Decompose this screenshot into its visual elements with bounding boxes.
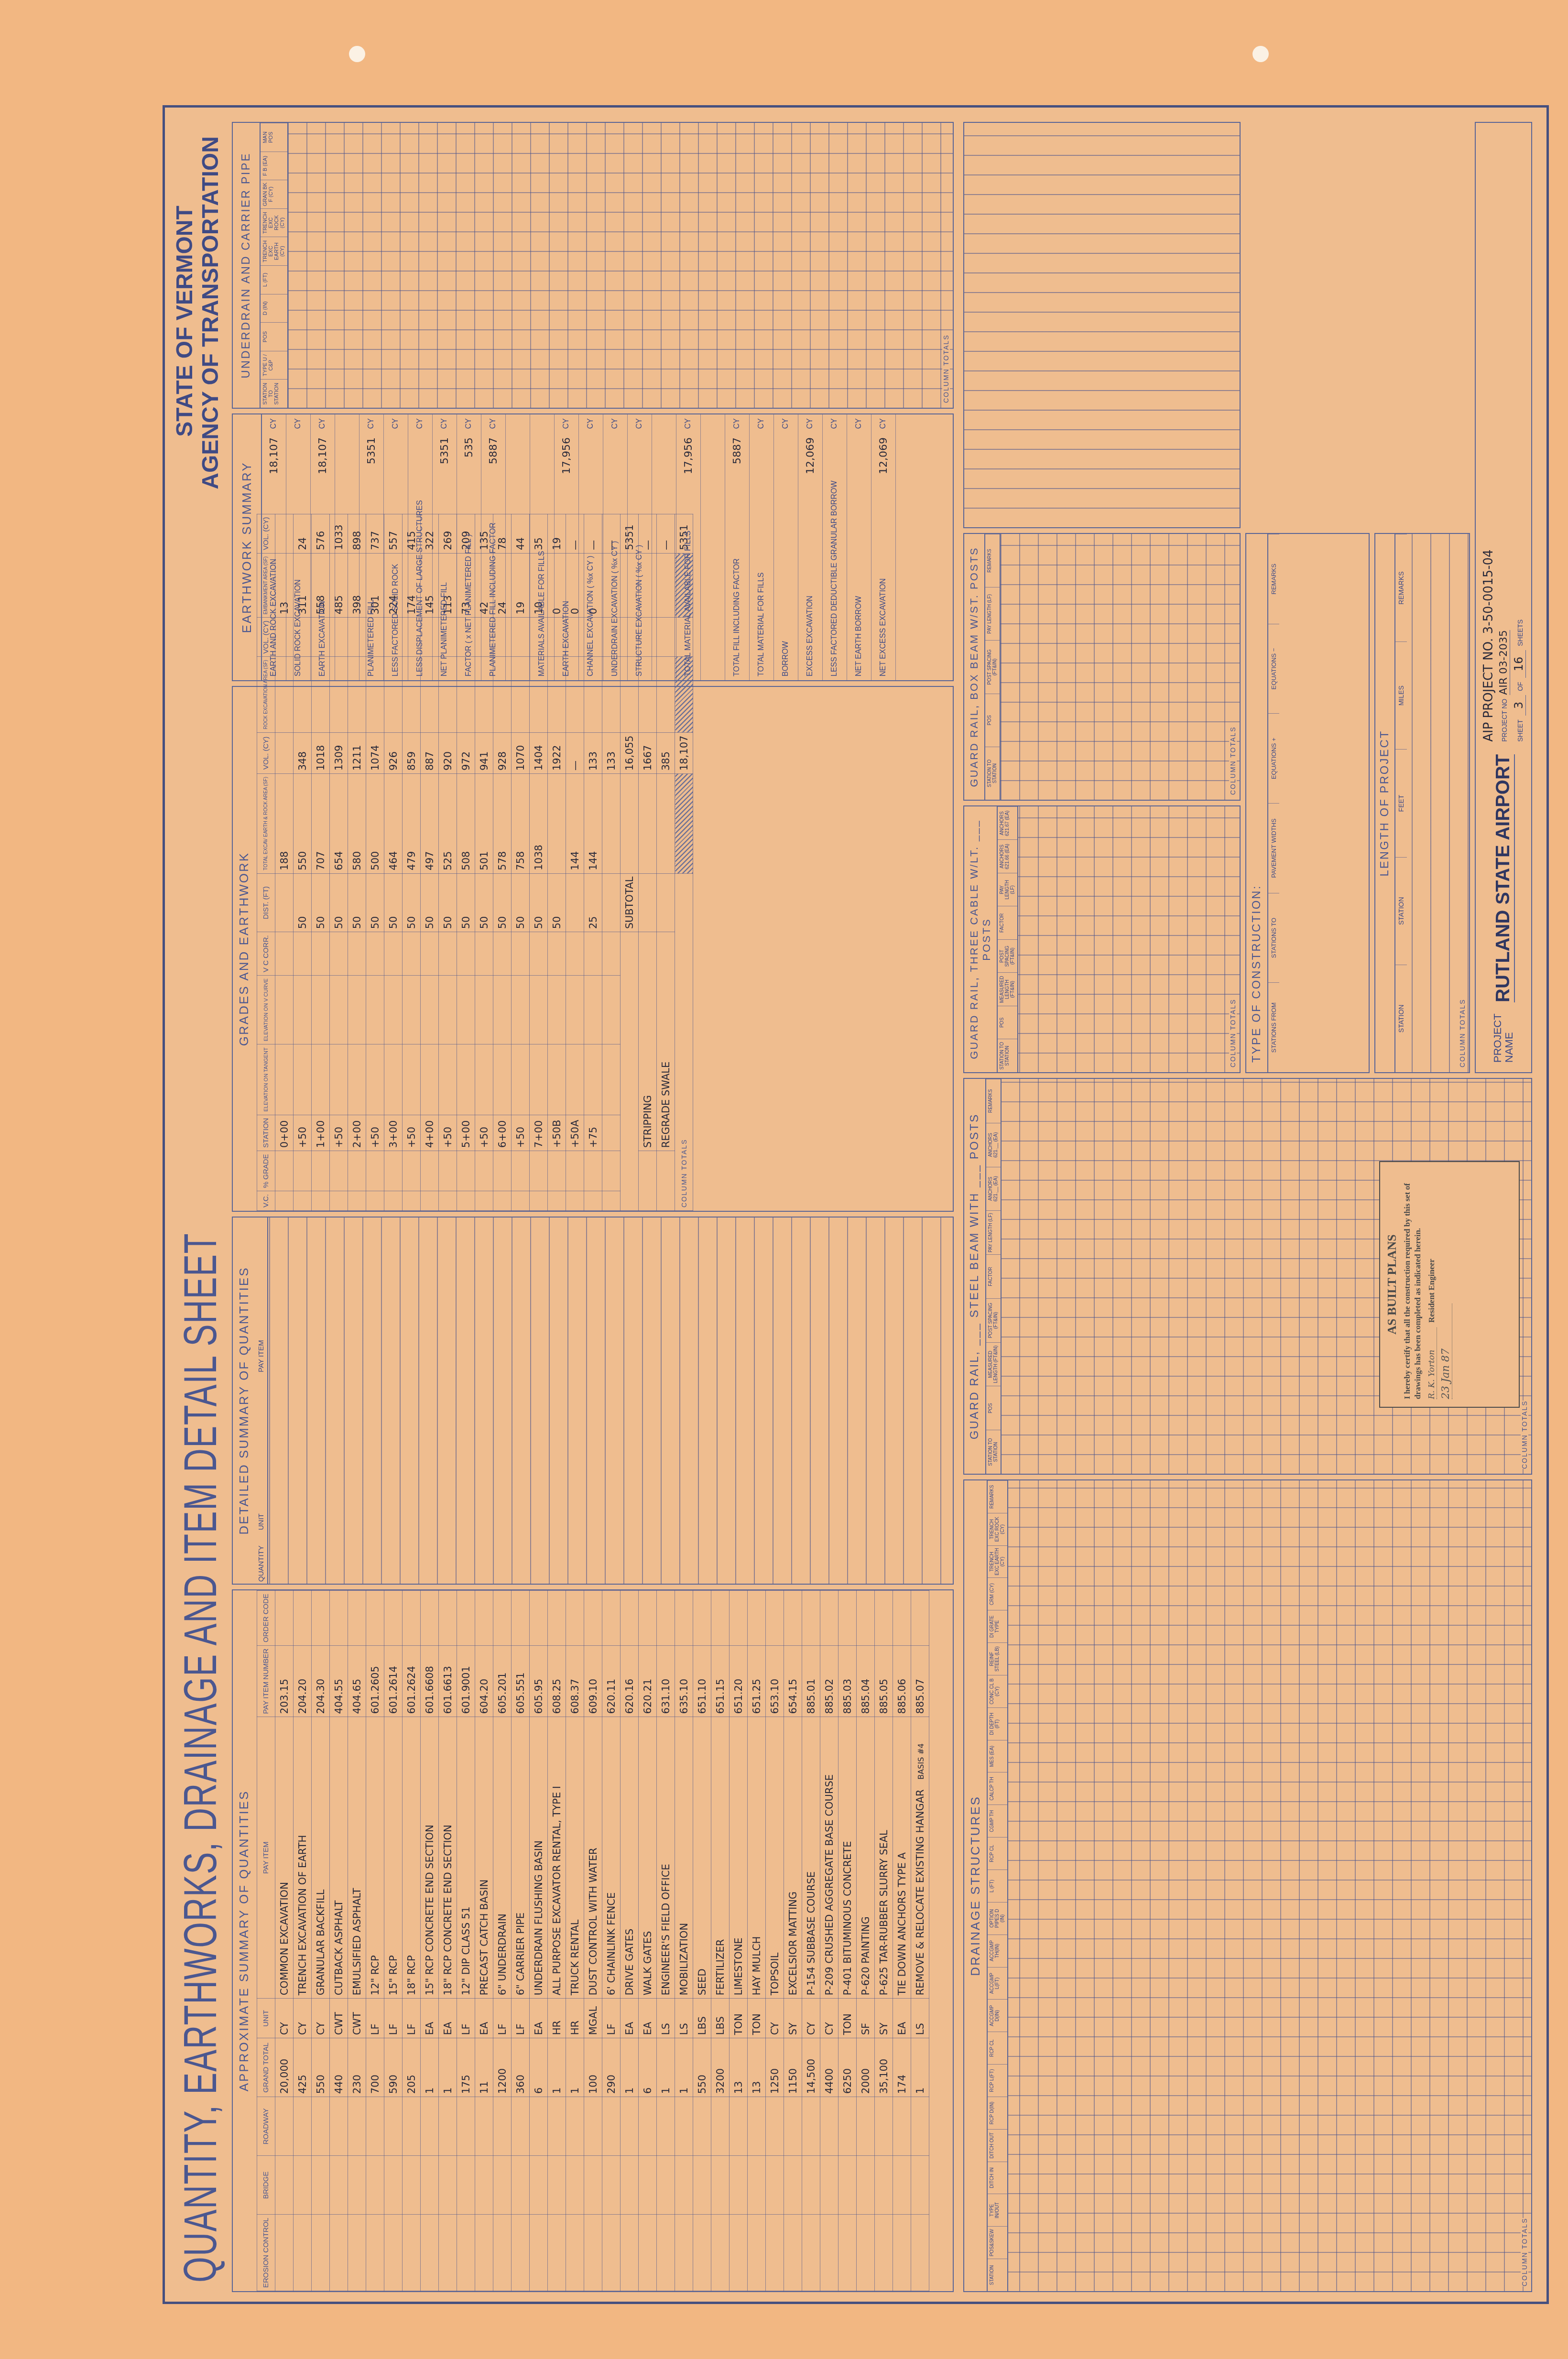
approx-item-row: 1150SYEXCELSIOR MATTING654.15 [784, 1591, 802, 2291]
project-name-label: PROJECT NAME [1492, 1015, 1515, 1063]
excav-vol: 1018 [312, 732, 330, 773]
line-value: 5351 [439, 437, 451, 464]
grand-total: 3200 [711, 2038, 730, 2097]
approx-item-row: 3200LBSFERTILIZER651.15 [711, 1591, 730, 2291]
station: +50 [330, 1115, 348, 1151]
detailed-summary-title: DETAILED SUMMARY OF QUANTITIES [233, 1218, 255, 1584]
line-value: 5887 [731, 437, 743, 464]
column-header: EQUATIONS + [1268, 713, 1279, 803]
excav-vol: 928 [493, 732, 512, 773]
col-vc-corr: V C CORR. [257, 932, 275, 976]
of-label: OF [1516, 682, 1524, 691]
grand-total: 1200 [493, 2038, 512, 2097]
unit: SF [857, 1999, 875, 2038]
unit: TON [748, 1999, 766, 2038]
guard-rail-cable-title: GUARD RAIL, THREE CABLE W/LT. ___ POSTS [964, 806, 997, 1072]
column-header: CRM (CY) [988, 1577, 1007, 1610]
approx-item-row: 35,100SYP-625 TAR-RUBBER SLURRY SEAL885.… [875, 1591, 893, 2291]
unit: EA [475, 1999, 493, 2038]
column-header: ACCGMP D(IN) [988, 1999, 1007, 2032]
column-header: FACTOR [986, 1254, 1001, 1298]
excav-vol: 972 [457, 732, 475, 773]
unit: LF [493, 1999, 512, 2038]
pay-item-number: 203.15 [275, 1645, 294, 1717]
column-header: FEET [1395, 749, 1407, 857]
distance: 50 [366, 873, 384, 932]
pay-item: COMMON EXCAVATION [275, 1717, 294, 1999]
excav-area: 758 [512, 774, 530, 874]
pay-item-number: 885.02 [820, 1645, 838, 1717]
grand-total: 100 [584, 2038, 602, 2097]
approx-item-row: 14,500CYP-154 SUBBASE COURSE885.01 [802, 1591, 820, 2291]
unit: LF [457, 1999, 475, 2038]
pay-item-number: 885.03 [838, 1645, 857, 1717]
unit: EA [439, 1999, 457, 2038]
pay-item: REMOVE & RELOCATE EXISTING HANGAR BASIS … [911, 1717, 929, 1999]
col-grand-total: GRAND TOTAL [257, 2038, 275, 2097]
earthwork-summary-line [335, 414, 359, 680]
column-header: TRENCH EXC EARTH (CY) [261, 237, 287, 265]
excav-vol: 887 [421, 732, 439, 773]
pay-item-number: 635.10 [675, 1645, 693, 1717]
distance: 50 [384, 873, 403, 932]
subtotal-label: SUBTOTAL [621, 873, 639, 932]
column-header: PAY LENGTH (LF) [998, 873, 1017, 906]
distance [602, 873, 621, 932]
total-excavation: 18,107 [675, 732, 693, 773]
line-label: TOTAL MATERIAL FOR FILLS [757, 437, 766, 676]
distance: 50 [439, 873, 457, 932]
pay-item-number: 609.10 [584, 1645, 602, 1717]
distance: 50 [475, 873, 493, 932]
unit: EA [530, 1999, 548, 2038]
column-header: EQUATIONS − [1268, 624, 1279, 714]
detailed-summary-header: QUANTITY UNIT PAY ITEM [255, 1218, 268, 1584]
sheets-label: SHEETS [1516, 620, 1524, 646]
column-header: STATION [1395, 857, 1407, 965]
column-header: L (FT) [988, 1870, 1007, 1902]
excav-area: 508 [457, 774, 475, 874]
earthwork-summary-line: CHANNEL EXCAVATION ( %x CY )CY [579, 414, 603, 680]
grand-total: 4400 [820, 2038, 838, 2097]
excav-vol: 1070 [512, 732, 530, 773]
as-built-title: AS BUILT PLANS [1385, 1170, 1399, 1399]
excav-vol: — [566, 732, 584, 773]
excav-area: 500 [366, 774, 384, 874]
station [602, 1115, 621, 1151]
guard-rail-box-header: STATION TO STATIONPOSPOST SPACING (FT&IN… [984, 534, 1001, 800]
column-header: MES (EA) [988, 1740, 1007, 1772]
distance: 50 [403, 873, 421, 932]
line-unit: CY [635, 418, 644, 437]
station: +50 [294, 1115, 312, 1151]
pay-item-number: 605.551 [512, 1645, 530, 1717]
line-unit: CY [587, 418, 595, 437]
agency-state: STATE OF VERMONT [172, 136, 198, 489]
line-unit: CY [562, 418, 571, 437]
stripping-vol: 1667 [639, 732, 657, 773]
pay-item-number: 601.2624 [403, 1645, 421, 1717]
blank-grid-area [963, 122, 1241, 528]
pay-item: MOBILIZATION [675, 1717, 693, 1999]
col-dist: DIST. (FT) [257, 873, 275, 932]
pay-item-number: 404.55 [330, 1645, 348, 1717]
unit: CY [802, 1999, 820, 2038]
excav-area: 479 [403, 774, 421, 874]
column-header: DITCH OUT [988, 2129, 1007, 2162]
pay-item: 12" DIP CLASS 51 [457, 1717, 475, 1999]
line-value: 18,107 [268, 437, 280, 474]
sheet-number: 3 [1512, 695, 1526, 716]
approx-item-row: 2000SFP-620 PAINTING885.04 [857, 1591, 875, 2291]
line-label: FACTOR ( x NET PLANIMETERED FILL ) [465, 457, 473, 676]
unit: LF [384, 1999, 403, 2038]
approx-item-row: 230CWTEMULSIFIED ASPHALT404.65 [348, 1591, 366, 2291]
earthwork-summary-line [506, 414, 530, 680]
line-value: 5887 [488, 437, 500, 464]
station: 0+00 [275, 1115, 294, 1151]
col-unit: UNIT [255, 1495, 267, 1532]
distance: 50 [457, 873, 475, 932]
column-header: PAY LENGTH (LF) [986, 1210, 1001, 1254]
excav-vol: 348 [294, 732, 312, 773]
drainage-column-totals: COLUMN TOTALS [1521, 2218, 1528, 2286]
pay-item: 15" RCP CONCRETE END SECTION [421, 1717, 439, 1999]
column-header: STATION [988, 2259, 1007, 2291]
column-totals-label: COLUMN TOTALS [675, 873, 693, 1210]
pay-item-number: 651.10 [693, 1645, 711, 1717]
pay-item: TRUCK RENTAL [566, 1717, 584, 1999]
approx-item-row: 1LSMOBILIZATION635.10 [675, 1591, 693, 2291]
station: 1+00 [312, 1115, 330, 1151]
approx-item-row: 440CWTCUTBACK ASPHALT404.55 [330, 1591, 348, 2291]
type-of-construction-section: TYPE OF CONSTRUCTION: STATIONS FROMSTATI… [1245, 533, 1370, 1073]
excav-vol: 1211 [348, 732, 366, 773]
approximate-summary-table: EROSION CONTROL BRIDGE ROADWAY GRAND TOT… [257, 1590, 929, 2291]
grand-total: 35,100 [875, 2038, 893, 2097]
unit: LS [911, 1999, 929, 2038]
grand-total: 290 [602, 2038, 621, 2097]
line-unit: CY [465, 418, 473, 437]
line-label: TOTAL MATERIAL AVAILABLE FOR FILLS [684, 474, 693, 676]
column-header: REMARKS [988, 1480, 1007, 1513]
approx-item-row: 425CYTRENCH EXCAVATION OF EARTH204.20 [294, 1591, 312, 2291]
unit: CY [275, 1999, 294, 2038]
pay-item: TIE DOWN ANCHORS TYPE A [893, 1717, 911, 1999]
earthwork-summary-line: NET EARTH BORROWCY [847, 414, 871, 680]
pay-item: EMULSIFIED ASPHALT [348, 1717, 366, 1999]
grand-total: 1 [621, 2038, 639, 2097]
grades-earthwork-title: GRADES AND EARTHWORK [233, 687, 255, 1211]
line-value: 5351 [366, 437, 378, 464]
line-label: UNDERDRAIN EXCAVATION ( %x CY ) [611, 437, 620, 676]
col-unit: UNIT [257, 1999, 275, 2038]
line-label: PLANIMETERED FILL [367, 464, 376, 676]
line-label: MATERIALS AVAILABLE FOR FILLS [538, 437, 546, 676]
column-header: ACCGMP L(FT) [988, 1967, 1007, 2000]
col-quantity: QUANTITY [255, 1532, 267, 1584]
approximate-summary-title: APPROXIMATE SUMMARY OF QUANTITIES [233, 1590, 255, 2291]
pay-item-number: 204.20 [294, 1645, 312, 1717]
underdrain-column-totals: COLUMN TOTALS [942, 335, 950, 403]
column-header: POS [998, 1006, 1017, 1039]
pay-item: WALK GATES [639, 1717, 657, 1999]
column-header: ANCHORS 621.__ (EA) [986, 1123, 1001, 1167]
line-unit: CY [367, 418, 376, 437]
column-header: L (FT) [261, 265, 287, 294]
column-header: REMARKS [1268, 534, 1279, 624]
sheet-label: SHEET [1516, 719, 1524, 742]
earthwork-summary-line: SOLID ROCK EXCAVATIONCY [286, 414, 311, 680]
distance [566, 873, 584, 932]
grand-total: 1 [548, 2038, 566, 2097]
unit: LBS [693, 1999, 711, 2038]
earthwork-summary-line [652, 414, 676, 680]
approx-item-row: 1EA18" RCP CONCRETE END SECTION601.6613 [439, 1591, 457, 2291]
line-label: STRUCTURE EXCAVATION ( %x CY ) [635, 437, 644, 676]
excav-area: 707 [312, 774, 330, 874]
project-no: AIR 03-2035 [1498, 630, 1510, 695]
col-vc: V.C. [257, 1191, 275, 1211]
pay-item: GRANULAR BACKFILL [312, 1717, 330, 1999]
unit: EA [639, 1999, 657, 2038]
column-header: MILES [1395, 641, 1407, 749]
distance: 50 [493, 873, 512, 932]
guard-rail-steel-column-totals: COLUMN TOTALS [1521, 1401, 1528, 1469]
pay-item-number: 631.10 [657, 1645, 675, 1717]
column-header: REMARKS [1395, 534, 1407, 641]
col-station: STATION [257, 1115, 275, 1151]
excav-area [602, 774, 621, 874]
station: +50A [566, 1115, 584, 1151]
pay-item: DRIVE GATES [621, 1717, 639, 1999]
length-of-project-title: LENGTH OF PROJECT [1375, 534, 1394, 1072]
pay-item: P-620 PAINTING [857, 1717, 875, 1999]
grand-total: 550 [312, 2038, 330, 2097]
earthwork-summary-line: EARTH EXCAVATION18,107CY [311, 414, 335, 680]
approx-item-row: 11EAPRECAST CATCH BASIN604.20 [475, 1591, 493, 2291]
drainage-header: STATIONPOS&SKEWTYPE IN/OUTDITCH INDITCH … [987, 1480, 1008, 2291]
col-elev-vcurve: ELEVATION ON V CURVE [257, 975, 275, 1044]
earthwork-summary-line: EARTH EXCAVATION17,956CY [555, 414, 579, 680]
approx-item-row: 6250TONP-401 BITUMINOUS CONCRETE885.03 [838, 1591, 857, 2291]
earthwork-summary-lines: EARTH AND ROCK EXCAVATION18,107CYSOLID R… [261, 414, 896, 680]
guard-rail-box-title: GUARD RAIL, BOX BEAM W/ST. POSTS [964, 534, 984, 800]
column-header: FACTOR [998, 906, 1017, 940]
line-label: EARTH AND ROCK EXCAVATION [270, 474, 278, 676]
distance: 50 [348, 873, 366, 932]
grand-total: 13 [748, 2038, 766, 2097]
as-built-date: 23 Jan 87 [1440, 1304, 1452, 1399]
earthwork-summary-line: UNDERDRAIN EXCAVATION ( %x CY )CY [603, 414, 628, 680]
approximate-summary-section: APPROXIMATE SUMMARY OF QUANTITIES EROSIO… [232, 1589, 954, 2292]
col-pay-item: PAY ITEM [257, 1717, 275, 1999]
line-unit: CY [270, 418, 278, 437]
col-excav-vol: VOL. (CY) [257, 732, 275, 773]
subtotal-vol: 16,055 [621, 732, 639, 773]
column-header: STATION TO STATION [998, 1039, 1017, 1073]
column-header: RCP L(FT) [988, 2064, 1007, 2097]
line-label: LESS DISPLACEMENT OF LARGE STRUCTURES [416, 437, 425, 676]
earthwork-summary-line: EXCESS EXCAVATION12,069CY [798, 414, 823, 680]
line-value: 17,956 [683, 437, 695, 474]
grand-total: 590 [384, 2038, 403, 2097]
line-value: 18,107 [317, 437, 329, 474]
column-header: TRENCH EXC ROCK (CY) [261, 208, 287, 237]
underdrain-header: STATION TO STATIONTYPE U / C&PPOSD (IN)L… [260, 123, 288, 408]
grand-total: 2000 [857, 2038, 875, 2097]
guard-rail-cable-section: GUARD RAIL, THREE CABLE W/LT. ___ POSTS … [963, 805, 1241, 1073]
column-header: DITCH IN [988, 2162, 1007, 2194]
line-label: TOTAL FILL INCLUDING FACTOR [733, 464, 741, 676]
line-label: LESS FACTORED SOLID ROCK [392, 437, 400, 676]
approx-item-row: 550CYGRANULAR BACKFILL204.30 [312, 1591, 330, 2291]
unit: MGAL [584, 1999, 602, 2038]
column-header: OPTION PIPES D (IN) [988, 1902, 1007, 1935]
agency-block: STATE OF VERMONT AGENCY OF TRANSPORTATIO… [172, 136, 224, 489]
pay-item: FERTILIZER [711, 1717, 730, 1999]
excav-area: 144 [584, 774, 602, 874]
line-unit: CY [806, 418, 815, 437]
pay-item: SEED [693, 1717, 711, 1999]
pay-item-number: 651.20 [730, 1645, 748, 1717]
guard-rail-steel-title: GUARD RAIL, ___ STEEL BEAM WITH ___ POST… [964, 1079, 985, 1474]
column-header: CALCP TH [988, 1772, 1007, 1805]
earthwork-summary-line [701, 414, 725, 680]
earthwork-summary-line: FACTOR ( x NET PLANIMETERED FILL )535CY [457, 414, 481, 680]
earthwork-summary-line: LESS DISPLACEMENT OF LARGE STRUCTURESCY [408, 414, 433, 680]
pay-item: 18" RCP CONCRETE END SECTION [439, 1717, 457, 1999]
station: 2+00 [348, 1115, 366, 1151]
unit: CWT [330, 1999, 348, 2038]
pay-item-number: 653.10 [766, 1645, 784, 1717]
earthwork-summary-line: LESS FACTORED SOLID ROCKCY [384, 414, 408, 680]
grand-total: 205 [403, 2038, 421, 2097]
excav-area: 188 [275, 774, 294, 874]
line-unit: CY [294, 418, 303, 437]
column-header: ACCGMP TH(IN) [988, 1935, 1007, 1967]
grand-total: 174 [893, 2038, 911, 2097]
unit: LS [657, 1999, 675, 2038]
line-label: NET PLANIMETERED FILL [440, 464, 449, 676]
line-value: 12,069 [805, 437, 817, 474]
earthwork-summary-line: TOTAL MATERIAL AVAILABLE FOR FILLS17,956… [676, 414, 701, 680]
column-header: TRENCH EXC EARTH (CY) [988, 1545, 1007, 1578]
excav-area: 464 [384, 774, 403, 874]
detailed-summary-section: DETAILED SUMMARY OF QUANTITIES QUANTITY … [232, 1217, 954, 1585]
pay-item-number: 651.25 [748, 1645, 766, 1717]
project-no-label: PROJECT NO [1501, 699, 1508, 742]
approx-item-row: 1EADRIVE GATES620.16 [621, 1591, 639, 2291]
unit: LF [403, 1999, 421, 2038]
distance: 25 [584, 873, 602, 932]
grand-total: 13 [730, 2038, 748, 2097]
excav-area: 578 [493, 774, 512, 874]
approx-item-row: 100MGALDUST CONTROL WITH WATER609.10 [584, 1591, 602, 2291]
line-value: 17,956 [561, 437, 573, 474]
station: 6+00 [493, 1115, 512, 1151]
column-header: MEASURED LENGTH (FT&IN) [986, 1342, 1001, 1386]
pay-item: 18" RCP [403, 1717, 421, 1999]
excav-area: 501 [475, 774, 493, 874]
pay-item: TRENCH EXCAVATION OF EARTH [294, 1717, 312, 1999]
line-label: LESS FACTORED DEDUCTIBLE GRANULAR BORROW [830, 437, 839, 676]
line-label: NET EXCESS EXCAVATION [879, 474, 888, 676]
column-header: STATIONS TO [1268, 893, 1279, 983]
unit: LBS [711, 1999, 730, 2038]
col-excav-area: TOTAL EXCAV EARTH & ROCK AREA (SF) [257, 774, 275, 874]
grand-total: 1 [657, 2038, 675, 2097]
earthwork-summary-line: PLANIMETERED FILL5351CY [359, 414, 384, 680]
grand-total: 700 [366, 2038, 384, 2097]
column-header: ANCHORS 621.66 (EA) [998, 840, 1017, 873]
pay-item: CUTBACK ASPHALT [330, 1717, 348, 1999]
pay-item-number: 885.05 [875, 1645, 893, 1717]
pay-item-number: 608.37 [566, 1645, 584, 1717]
guard-rail-box-section: GUARD RAIL, BOX BEAM W/ST. POSTS STATION… [963, 533, 1241, 801]
line-unit: CY [440, 418, 449, 437]
sheet-title: QUANTITY, EARTHWORKS, DRAINAGE AND ITEM … [174, 1233, 227, 2283]
unit: LS [675, 1999, 693, 2038]
column-header: POS [986, 1386, 1001, 1430]
grand-total: 1250 [766, 2038, 784, 2097]
type-of-construction-title: TYPE OF CONSTRUCTION: [1246, 534, 1267, 1072]
guard-rail-steel-header: STATION TO STATIONPOSMEASURED LENGTH (FT… [985, 1079, 1002, 1474]
column-header: REMARKS [985, 534, 1000, 587]
excav-vol: 920 [439, 732, 457, 773]
approx-item-row: 550LBSSEED651.10 [693, 1591, 711, 2291]
unit: CY [766, 1999, 784, 2038]
line-value: 12,069 [878, 437, 890, 474]
excav-vol: 1404 [530, 732, 548, 773]
approx-item-row: 1LSREMOVE & RELOCATE EXISTING HANGAR BAS… [911, 1591, 929, 2291]
column-header: MEASURED LENGTH (FT&IN) [998, 973, 1017, 1006]
pay-item: UNDERDRAIN FLUSHING BASIN [530, 1717, 548, 1999]
line-label: BORROW [782, 437, 790, 676]
pay-item: LIMESTONE [730, 1717, 748, 1999]
column-header: D (IN) [261, 294, 287, 323]
pay-item-number: 404.65 [348, 1645, 366, 1717]
pay-item: PRECAST CATCH BASIN [475, 1717, 493, 1999]
pay-item: EXCELSIOR MATTING [784, 1717, 802, 1999]
line-label: CHANNEL EXCAVATION ( %x CY ) [587, 437, 595, 676]
pay-item-number: 604.20 [475, 1645, 493, 1717]
approx-item-row: 174EATIE DOWN ANCHORS TYPE A885.06 [893, 1591, 911, 2291]
length-of-project-header: STATIONSTATIONFEETMILESREMARKS [1394, 534, 1407, 1072]
pay-item-number: 601.2605 [366, 1645, 384, 1717]
unit: CY [294, 1999, 312, 2038]
column-header: POS [261, 322, 287, 351]
line-label: PLANIMETERED FILL INCLUDING FACTOR [489, 464, 498, 676]
approx-item-row: 175LF12" DIP CLASS 51601.9001 [457, 1591, 475, 2291]
column-header: STATION TO STATION [985, 747, 1000, 800]
sheet-total: 16 [1512, 650, 1526, 678]
column-header: CONC CL B (CY) [988, 1675, 1007, 1707]
approx-item-row: 700LF12" RCP601.2605 [366, 1591, 384, 2291]
column-header: ANCHORS 621.67 (EA) [998, 806, 1017, 840]
column-header: MAN POS [261, 123, 287, 152]
unit: CY [312, 1999, 330, 2038]
column-header: STATIONS FROM [1268, 982, 1279, 1072]
approx-item-row: 205LF18" RCP601.2624 [403, 1591, 421, 2291]
column-header: POST SPACING (FT&IN) [985, 640, 1000, 693]
line-label: NET EARTH BORROW [855, 437, 863, 676]
distance: 50 [548, 873, 566, 932]
distance: 50 [294, 873, 312, 932]
stripping-label: STRIPPING [639, 932, 657, 1151]
pay-item: ALL PURPOSE EXCAVATOR RENTAL, TYPE I [548, 1717, 566, 1999]
station: 7+00 [530, 1115, 548, 1151]
